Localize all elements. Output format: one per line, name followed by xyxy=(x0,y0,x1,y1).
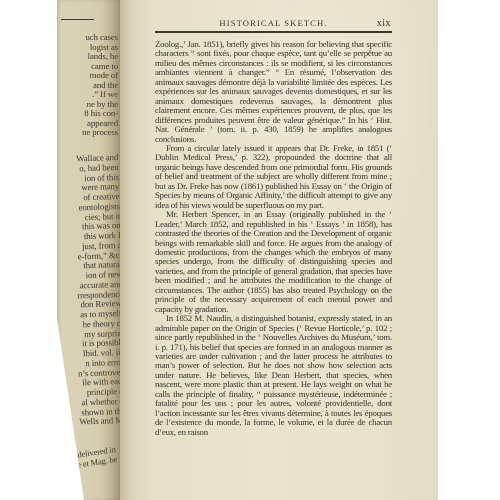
left-page-edge: uch caseslogist aslands, hecame tomode o… xyxy=(57,0,121,500)
running-header: HISTORICAL SKETCH. xyxy=(155,18,392,28)
right-page: HISTORICAL SKETCH. xix Zoolog.,’ Jan. 18… xyxy=(120,0,438,500)
left-page-text-fragments-upper: uch caseslogist aslands, hecame tomode o… xyxy=(57,33,118,138)
body-paragraph: Zoolog.,’ Jan. 1851), briefly gives his … xyxy=(155,40,392,144)
header-rule xyxy=(155,31,392,33)
body-paragraph: From a circular lately issued it appears… xyxy=(155,144,392,210)
left-page-footnote-fragments: es delivered inue et Mag. be xyxy=(57,445,118,497)
page-header: HISTORICAL SKETCH. xix xyxy=(155,18,392,29)
open-book-photo: uch caseslogist aslands, hecame tomode o… xyxy=(57,0,438,500)
page-body-text: Zoolog.,’ Jan. 1851), briefly gives his … xyxy=(155,40,392,437)
body-paragraph: Mr. Herbert Spencer, in an Essay (origin… xyxy=(155,210,392,314)
body-paragraph: In 1852 M. Naudin, a distinguished botan… xyxy=(155,314,392,437)
left-page-text-fragments-lower: Wallace ando, had beenion of thiswere ma… xyxy=(57,153,121,434)
scan-background: uch caseslogist aslands, hecame tomode o… xyxy=(0,0,500,500)
footnote-fragment-line: ue et Mag. be xyxy=(57,455,118,497)
fragment-line: ne process xyxy=(57,128,118,138)
left-page-header-rule xyxy=(61,19,94,20)
fragment-line: Wells and Mr. xyxy=(57,416,121,433)
page-number: xix xyxy=(377,18,391,29)
